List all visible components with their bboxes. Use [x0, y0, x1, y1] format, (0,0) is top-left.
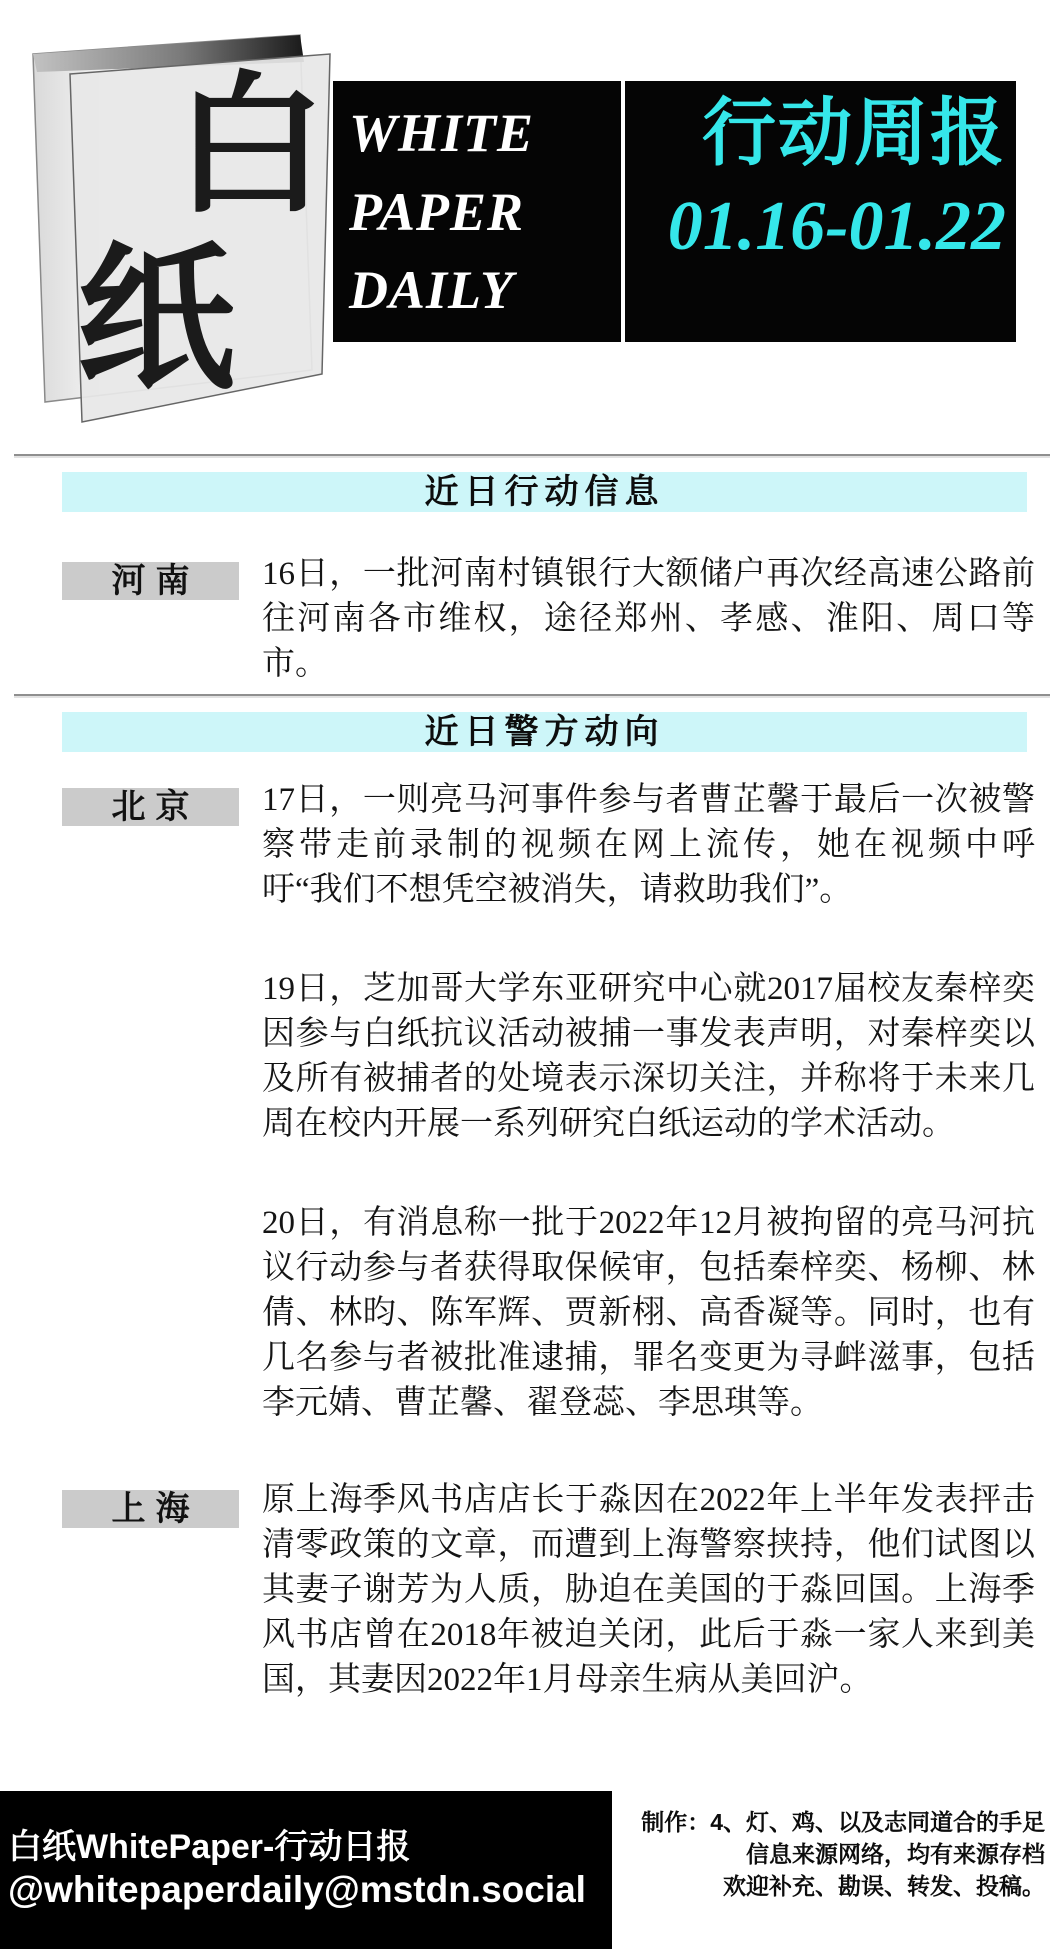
footer-brand-name: 白纸WhitePaper-行动日报 — [8, 1827, 612, 1867]
entry-paragraph: 17日，一则亮马河事件参与者曹芷馨于最后一次被警察带走前录制的视频在网上流传，她… — [262, 778, 1035, 913]
entry-beijing: 17日，一则亮马河事件参与者曹芷馨于最后一次被警察带走前录制的视频在网上流传，她… — [262, 778, 1035, 1426]
entry-paragraph: 原上海季风书店店长于淼因在2022年上半年发表抨击清零政策的文章，而遭到上海警察… — [262, 1478, 1035, 1703]
entry-henan: 16日，一批河南村镇银行大额储户再次经高速公路前往河南各市维权，途径郑州、孝感、… — [262, 552, 1035, 687]
section-title-police: 近日警方动向 — [62, 712, 1027, 752]
region-label-shanghai: 上海 — [62, 1490, 239, 1528]
issue-box: 行动周报 01.16-01.22 — [625, 81, 1016, 342]
credits-line: 制作：4、灯、鸡、以及志同道合的手足 — [615, 1806, 1045, 1838]
brand-line: DAILY — [349, 263, 621, 317]
footer-credits: 制作：4、灯、鸡、以及志同道合的手足 信息来源网络，均有来源存档 欢迎补充、勘误… — [615, 1806, 1045, 1902]
brand-box: WHITE PAPER DAILY — [333, 81, 621, 342]
logo-char-bai: 白 — [174, 63, 326, 231]
entry-shanghai: 原上海季风书店店长于淼因在2022年上半年发表抨击清零政策的文章，而遭到上海警察… — [262, 1478, 1035, 1703]
footer-mastodon-handle: @whitepaperdaily@mstdn.social — [8, 1867, 612, 1913]
logo-char-zhi: 纸 — [77, 234, 235, 409]
paper-sheets-graphic: 白 纸 — [18, 2, 348, 432]
section-divider — [14, 694, 1050, 698]
whitepaper-logo: 白 纸 — [18, 2, 348, 432]
issue-title: 行动周报 — [625, 91, 1006, 177]
region-label-beijing: 北京 — [62, 788, 239, 826]
entry-paragraph: 20日，有消息称一批于2022年12月被拘留的亮马河抗议行动参与者获得取保候审，… — [262, 1201, 1035, 1426]
entry-paragraph: 19日，芝加哥大学东亚研究中心就2017届校友秦梓奕因参与白纸抗议活动被捕一事发… — [262, 967, 1035, 1147]
brand-line: PAPER — [349, 185, 621, 239]
section-title-actions: 近日行动信息 — [62, 472, 1027, 512]
credits-line: 信息来源网络，均有来源存档 — [615, 1838, 1045, 1870]
credits-line: 欢迎补充、勘误、转发、投稿。 — [615, 1870, 1045, 1902]
newsletter-page: 白 纸 WHITE PAPER DAILY 行动周报 01.16-01.22 近… — [0, 0, 1063, 1949]
issue-date-range: 01.16-01.22 — [625, 187, 1006, 267]
footer-brand-panel: 白纸WhitePaper-行动日报 @whitepaperdaily@mstdn… — [0, 1791, 612, 1949]
entry-paragraph: 16日，一批河南村镇银行大额储户再次经高速公路前往河南各市维权，途径郑州、孝感、… — [262, 552, 1035, 687]
section-divider — [14, 454, 1050, 458]
brand-line: WHITE — [349, 106, 621, 160]
region-label-henan: 河南 — [62, 562, 239, 600]
